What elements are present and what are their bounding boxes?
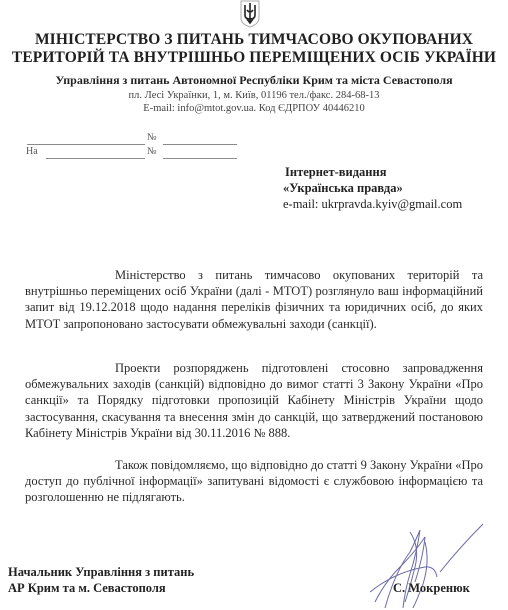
recipient-name: Інтернет-видання	[285, 165, 386, 179]
ministry-name-line2: ТЕРИТОРІЙ ТА ВНУТРІШНЬО ПЕРЕМІЩЕНИХ ОСІБ…	[0, 49, 508, 67]
incoming-date-line	[46, 158, 145, 159]
recipient-publication: «Українська правда»	[283, 181, 403, 195]
body-paragraph-1: Міністерство з питань тимчасово окупован…	[25, 267, 483, 332]
outgoing-date-line	[27, 144, 145, 145]
outgoing-number-line	[163, 144, 237, 145]
ministry-contacts: E-mail: info@mtot.gov.ua. Код ЄДРПОУ 404…	[0, 102, 508, 115]
signatory-name: С. Мокренюк	[393, 580, 470, 597]
ministry-address: пл. Лесі Українки, 1, м. Київ, 01196 тел…	[0, 89, 508, 102]
recipient-block: Інтернет-видання «Українська правда» e-m…	[283, 164, 462, 212]
incoming-number-label: №	[147, 146, 157, 157]
outgoing-number-label: №	[147, 132, 157, 143]
body-paragraph-2: Проекти розпоряджень підготовлені стосов…	[25, 360, 483, 441]
body-paragraph-3: Також повідомляємо, що відповідно до ста…	[25, 457, 483, 506]
recipient-email: e-mail: ukrpravda.kyiv@gmail.com	[283, 196, 462, 212]
incoming-number-line	[163, 158, 237, 159]
signatory-position-line2: АР Крим та м. Севастополя	[8, 580, 166, 597]
ministry-name-line1: МІНІСТЕРСТВО З ПИТАНЬ ТИМЧАСОВО ОКУПОВАН…	[0, 31, 508, 49]
signatory-position-line1: Начальник Управління з питань	[8, 564, 194, 581]
department-name: Управління з питань Автономної Республік…	[0, 73, 508, 87]
coat-of-arms-icon	[238, 0, 262, 28]
incoming-on-label: На	[26, 146, 38, 157]
